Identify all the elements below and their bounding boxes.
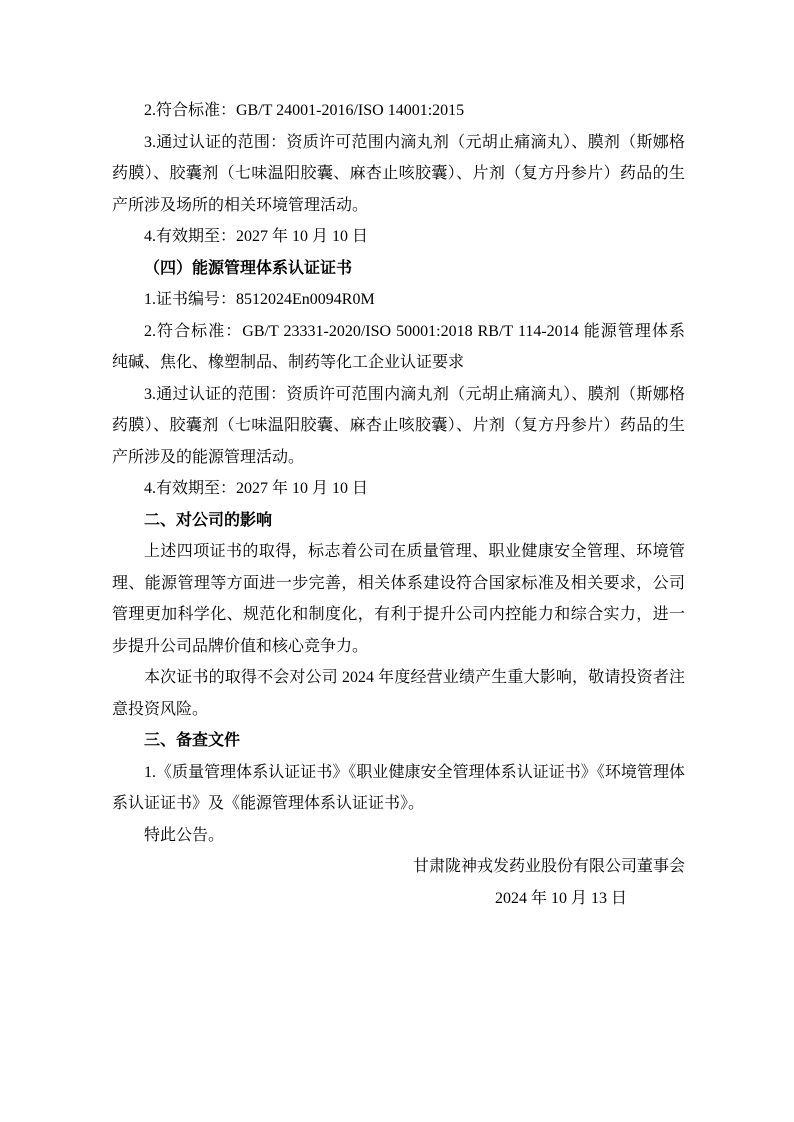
paragraph-impact-risk-note: 本次证书的取得不会对公司 2024 年度经营业绩产生重大影响，敬请投资者注意投资… [112, 662, 685, 725]
signature-date: 2024 年 10 月 13 日 [112, 883, 685, 915]
heading-energy-certificate: （四）能源管理体系认证证书 [112, 253, 685, 285]
signature-company-board: 甘肃陇神戎发药业股份有限公司董事会 [112, 851, 685, 883]
paragraph-energy-standard: 2.符合标准：GB/T 23331-2020/ISO 50001:2018 RB… [112, 316, 685, 379]
heading-reference-documents: 三、备查文件 [112, 725, 685, 757]
paragraph-energy-scope: 3.通过认证的范围：资质许可范围内滴丸剂（元胡止痛滴丸）、膜剂（斯娜格药膜）、胶… [112, 379, 685, 474]
closing-statement: 特此公告。 [112, 820, 685, 852]
paragraph-env-validity: 4.有效期至：2027 年 10 月 10 日 [112, 221, 685, 253]
paragraph-impact-detail: 上述四项证书的取得，标志着公司在质量管理、职业健康安全管理、环境管理、能源管理等… [112, 536, 685, 662]
paragraph-env-scope: 3.通过认证的范围：资质许可范围内滴丸剂（元胡止痛滴丸）、膜剂（斯娜格药膜）、胶… [112, 127, 685, 222]
announcement-page: 2.符合标准：GB/T 24001-2016/ISO 14001:2015 3.… [0, 0, 794, 1122]
paragraph-energy-cert-number: 1.证书编号：8512024En0094R0M [112, 284, 685, 316]
paragraph-reference-documents-list: 1.《质量管理体系认证证书》《职业健康安全管理体系认证证书》《环境管理体系认证证… [112, 757, 685, 820]
heading-company-impact: 二、对公司的影响 [112, 505, 685, 537]
paragraph-env-standard: 2.符合标准：GB/T 24001-2016/ISO 14001:2015 [112, 95, 685, 127]
paragraph-energy-validity: 4.有效期至：2027 年 10 月 10 日 [112, 473, 685, 505]
